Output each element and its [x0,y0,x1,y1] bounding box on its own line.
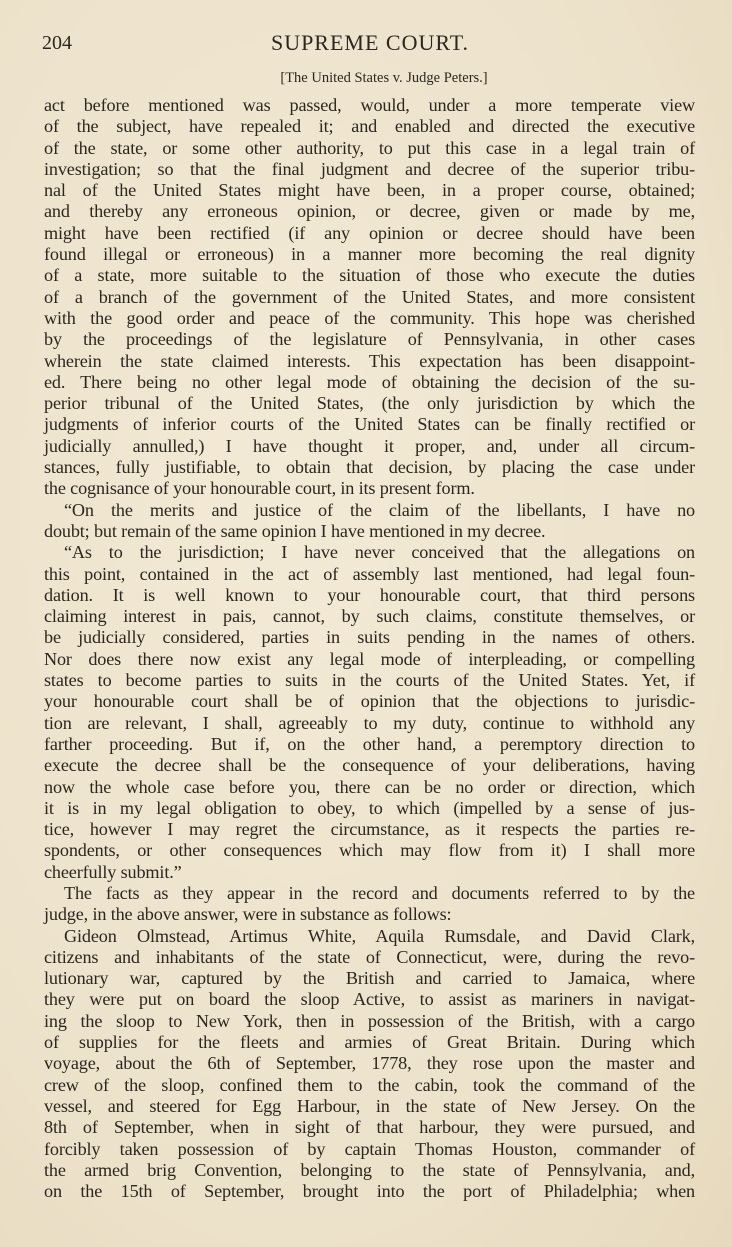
text-line: of a branch of the government of the Uni… [44,287,695,308]
text-line: vessel, and steered for Egg Harbour, in … [44,1096,695,1117]
text-line: nal of the United States might have been… [44,180,695,201]
text-line: 8th of September, when in sight of that … [44,1117,695,1138]
text-line: ed. There being no other legal mode of o… [44,372,695,393]
text-line: voyage, about the 6th of September, 1778… [44,1053,695,1074]
text-line: now the whole case before you, there can… [44,777,695,798]
text-line: and thereby any erroneous opinion, or de… [44,201,695,222]
text-line: ing the sloop to New York, then in posse… [44,1011,695,1032]
text-line: tion are relevant, I shall, agreeably to… [44,713,695,734]
text-line: they were put on board the sloop Active,… [44,989,695,1010]
text-line: Gideon Olmstead, Artimus White, Aquila R… [44,926,695,947]
text-line: cheerfully submit.” [44,862,695,883]
text-line: dation. It is well known to your honoura… [44,585,695,606]
text-line: it is in my legal obligation to obey, to… [44,798,695,819]
text-line: act before mentioned was passed, would, … [44,95,695,116]
text-line: investigation; so that the final judgmen… [44,159,695,180]
text-line: execute the decree shall be the conseque… [44,755,695,776]
text-line: lutionary war, captured by the British a… [44,968,695,989]
text-line: this point, contained in the act of asse… [44,564,695,585]
text-line: crew of the sloop, confined them to the … [44,1075,695,1096]
text-line: perior tribunal of the United States, (t… [44,393,695,414]
text-line: spondents, or other consequences which m… [44,840,695,861]
text-line: states to become parties to suits in the… [44,670,695,691]
text-line: be judicially considered, parties in sui… [44,627,695,648]
text-line: the cognisance of your honourable court,… [44,478,695,499]
text-line: claiming interest in pais, cannot, by su… [44,606,695,627]
text-line: The facts as they appear in the record a… [44,883,695,904]
text-line: judicially annulled,) I have thought it … [44,436,695,457]
text-line: the armed brig Convention, belonging to … [44,1160,695,1181]
text-line: “As to the jurisdiction; I have never co… [44,542,695,563]
body-text: act before mentioned was passed, would, … [44,95,695,1202]
text-line: of the subject, have repealed it; and en… [44,116,695,137]
text-line: judgments of inferior courts of the Unit… [44,414,695,435]
text-line: citizens and inhabitants of the state of… [44,947,695,968]
document-page: 204 SUPREME COURT. [The United States v.… [0,0,732,1247]
running-title: SUPREME COURT. [0,30,732,56]
text-line: on the 15th of September, brought into t… [44,1181,695,1202]
text-line: wherein the state claimed interests. Thi… [44,351,695,372]
text-line: found illegal or erroneous) in a manner … [44,244,695,265]
text-line: doubt; but remain of the same opinion I … [44,521,695,542]
text-line: “On the merits and justice of the claim … [44,500,695,521]
page-header: 204 SUPREME COURT. [0,30,732,60]
text-line: Nor does there now exist any legal mode … [44,649,695,670]
text-line: with the good order and peace of the com… [44,308,695,329]
text-line: of the state, or some other authority, t… [44,138,695,159]
text-line: farther proceeding. But if, on the other… [44,734,695,755]
case-title: [The United States v. Judge Peters.] [0,70,732,87]
text-line: your honourable court shall be of opinio… [44,691,695,712]
text-line: by the proceedings of the legislature of… [44,329,695,350]
text-line: of supplies for the fleets and armies of… [44,1032,695,1053]
text-line: might have been rectified (if any opinio… [44,223,695,244]
text-line: judge, in the above answer, were in subs… [44,904,695,925]
text-line: stances, fully justifiable, to obtain th… [44,457,695,478]
text-line: of a state, more suitable to the situati… [44,265,695,286]
text-line: forcibly taken possession of by captain … [44,1139,695,1160]
text-line: tice, however I may regret the circumsta… [44,819,695,840]
